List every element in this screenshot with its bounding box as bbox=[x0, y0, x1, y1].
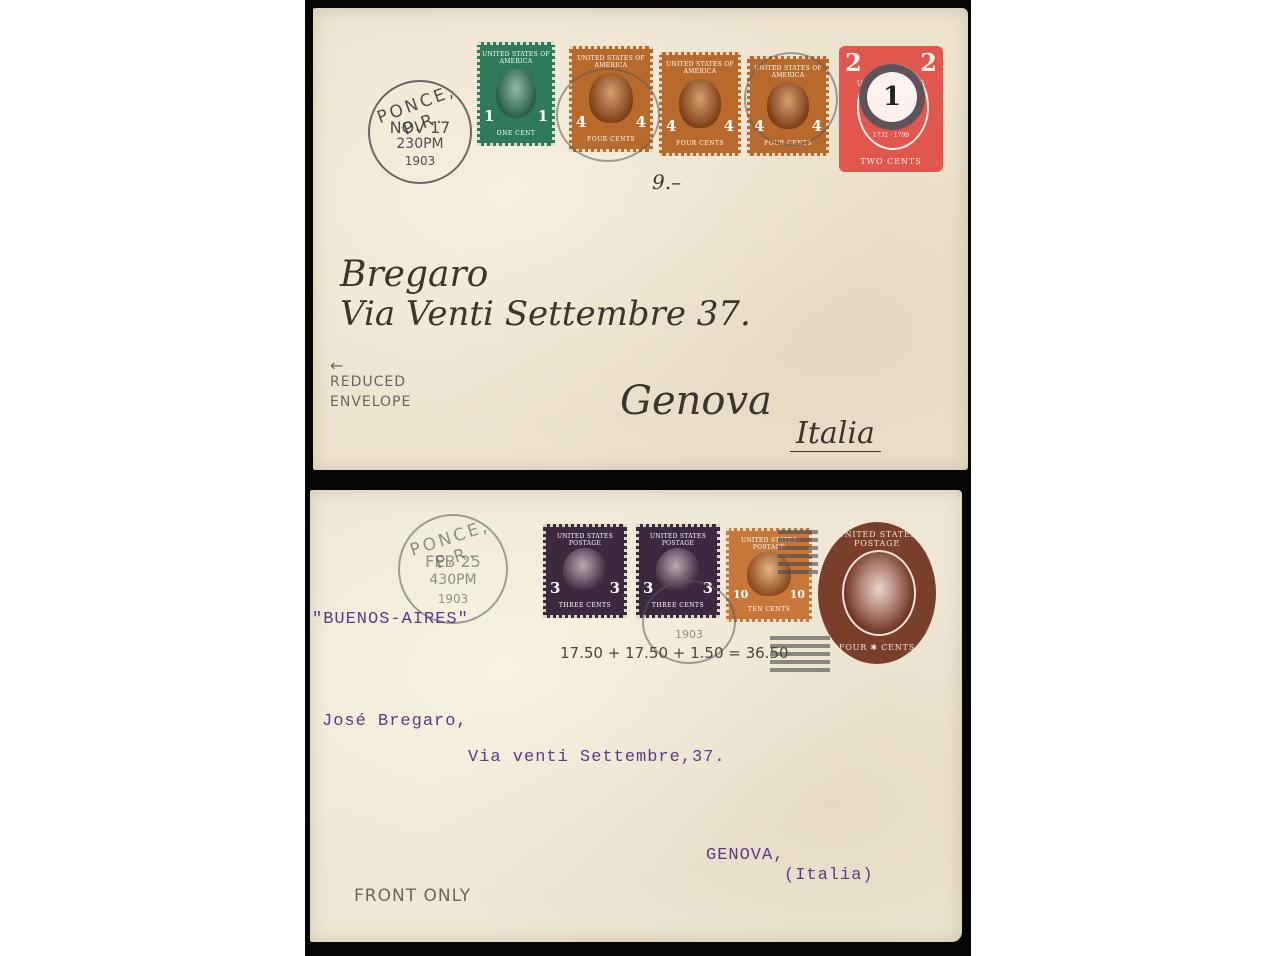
jackson-portrait bbox=[563, 548, 607, 592]
cancel-year: 1903 bbox=[644, 628, 734, 641]
cancel-circle bbox=[556, 68, 660, 162]
franklin-portrait bbox=[496, 69, 536, 118]
stamp-denomination: 4 bbox=[666, 117, 676, 135]
stamp-header: UNITED STATES POSTAGE bbox=[546, 533, 624, 547]
postmark-time: 230PM bbox=[370, 136, 470, 152]
postmark-year: 1903 bbox=[400, 592, 506, 606]
stamp-header: UNITED STATES POSTAGE bbox=[639, 533, 717, 547]
address-name-typed: José Bregaro, bbox=[322, 712, 468, 731]
indicium-value-text: FOUR ✱ CENTS bbox=[818, 643, 936, 652]
note-envelope: ENVELOPE bbox=[330, 394, 411, 410]
grant-portrait bbox=[679, 79, 722, 128]
stamp-1c-franklin: UNITED STATES OF AMERICA 1 1 ONE CENT bbox=[477, 42, 555, 146]
address-street-script: Via Venti Settembre 37. bbox=[340, 294, 751, 334]
stamp-header: UNITED STATES OF AMERICA bbox=[662, 61, 738, 75]
stamp-denomination: 10 bbox=[790, 588, 805, 601]
address-country-script: Italia bbox=[790, 416, 881, 452]
postmark-year: 1903 bbox=[370, 154, 470, 168]
indicium-years: 1732 · 1799 bbox=[839, 132, 943, 139]
stamp-denomination: 4 bbox=[724, 117, 734, 135]
stamp-value-text: ONE CENT bbox=[480, 130, 552, 137]
address-country-typed: (Italia) bbox=[784, 866, 874, 885]
postmark-time: 430PM bbox=[400, 572, 506, 588]
indicium-arc-text: UNITED STATES POSTAGE bbox=[818, 530, 936, 548]
address-city-typed: GENOVA, bbox=[706, 846, 784, 865]
address-city-script: Genova bbox=[620, 378, 772, 424]
stamp-denomination: 1 bbox=[484, 107, 494, 125]
stamped-envelope-indicium-4c: UNITED STATES POSTAGE FOUR ✱ CENTS bbox=[818, 522, 936, 664]
routing-instruction: "BUENOS-AIRES" bbox=[312, 610, 469, 629]
address-street-typed: Via venti Settembre,37. bbox=[468, 748, 726, 767]
stamp-denomination: 1 bbox=[538, 107, 548, 125]
indicium-denomination: 2 bbox=[845, 48, 862, 77]
indicium-denomination: 2 bbox=[920, 48, 937, 77]
stamp-denomination: 10 bbox=[733, 588, 748, 601]
note-front-only: FRONT ONLY bbox=[354, 886, 471, 906]
stamp-denomination: 3 bbox=[550, 579, 560, 597]
stamp-4c-grant: UNITED STATES OF AMERICA 4 4 FOUR CENTS bbox=[659, 52, 741, 156]
postmark-date: FEB 25 bbox=[400, 552, 506, 571]
indicium-value-text: TWO CENTS bbox=[839, 157, 943, 166]
ponce-postmark-top: PONCE, P.R. NOV 17 230PM 1903 bbox=[368, 80, 472, 184]
stamp-3c-jackson: UNITED STATES POSTAGE 3 3 THREE CENTS bbox=[543, 524, 627, 618]
cancel-circle bbox=[744, 52, 838, 146]
address-name-script: Bregaro bbox=[340, 254, 488, 295]
indicium-portrait-oval bbox=[842, 550, 916, 636]
stamp-value-text: THREE CENTS bbox=[546, 602, 624, 609]
note-reduced: REDUCED bbox=[330, 374, 406, 390]
pencil-rate: 9.– bbox=[652, 170, 681, 194]
arrow-left-icon: ← bbox=[330, 356, 344, 375]
stamp-denomination: 3 bbox=[610, 579, 620, 597]
numeral-cancel: 1 bbox=[859, 64, 925, 130]
pencil-rate-calculation: 17.50 + 17.50 + 1.50 = 36.50 bbox=[560, 644, 789, 662]
stamp-header: UNITED STATES OF AMERICA bbox=[480, 51, 552, 65]
stamp-value-text: FOUR CENTS bbox=[662, 140, 738, 147]
duplex-killer-bars bbox=[778, 530, 818, 574]
stamp-header: UNITED STATES OF AMERICA bbox=[572, 55, 650, 69]
postmark-date: NOV 17 bbox=[370, 118, 470, 137]
stamp-value-text: TEN CENTS bbox=[729, 606, 809, 613]
ponce-postmark-bottom: PONCE, P.R. FEB 25 430PM 1903 bbox=[398, 514, 508, 624]
